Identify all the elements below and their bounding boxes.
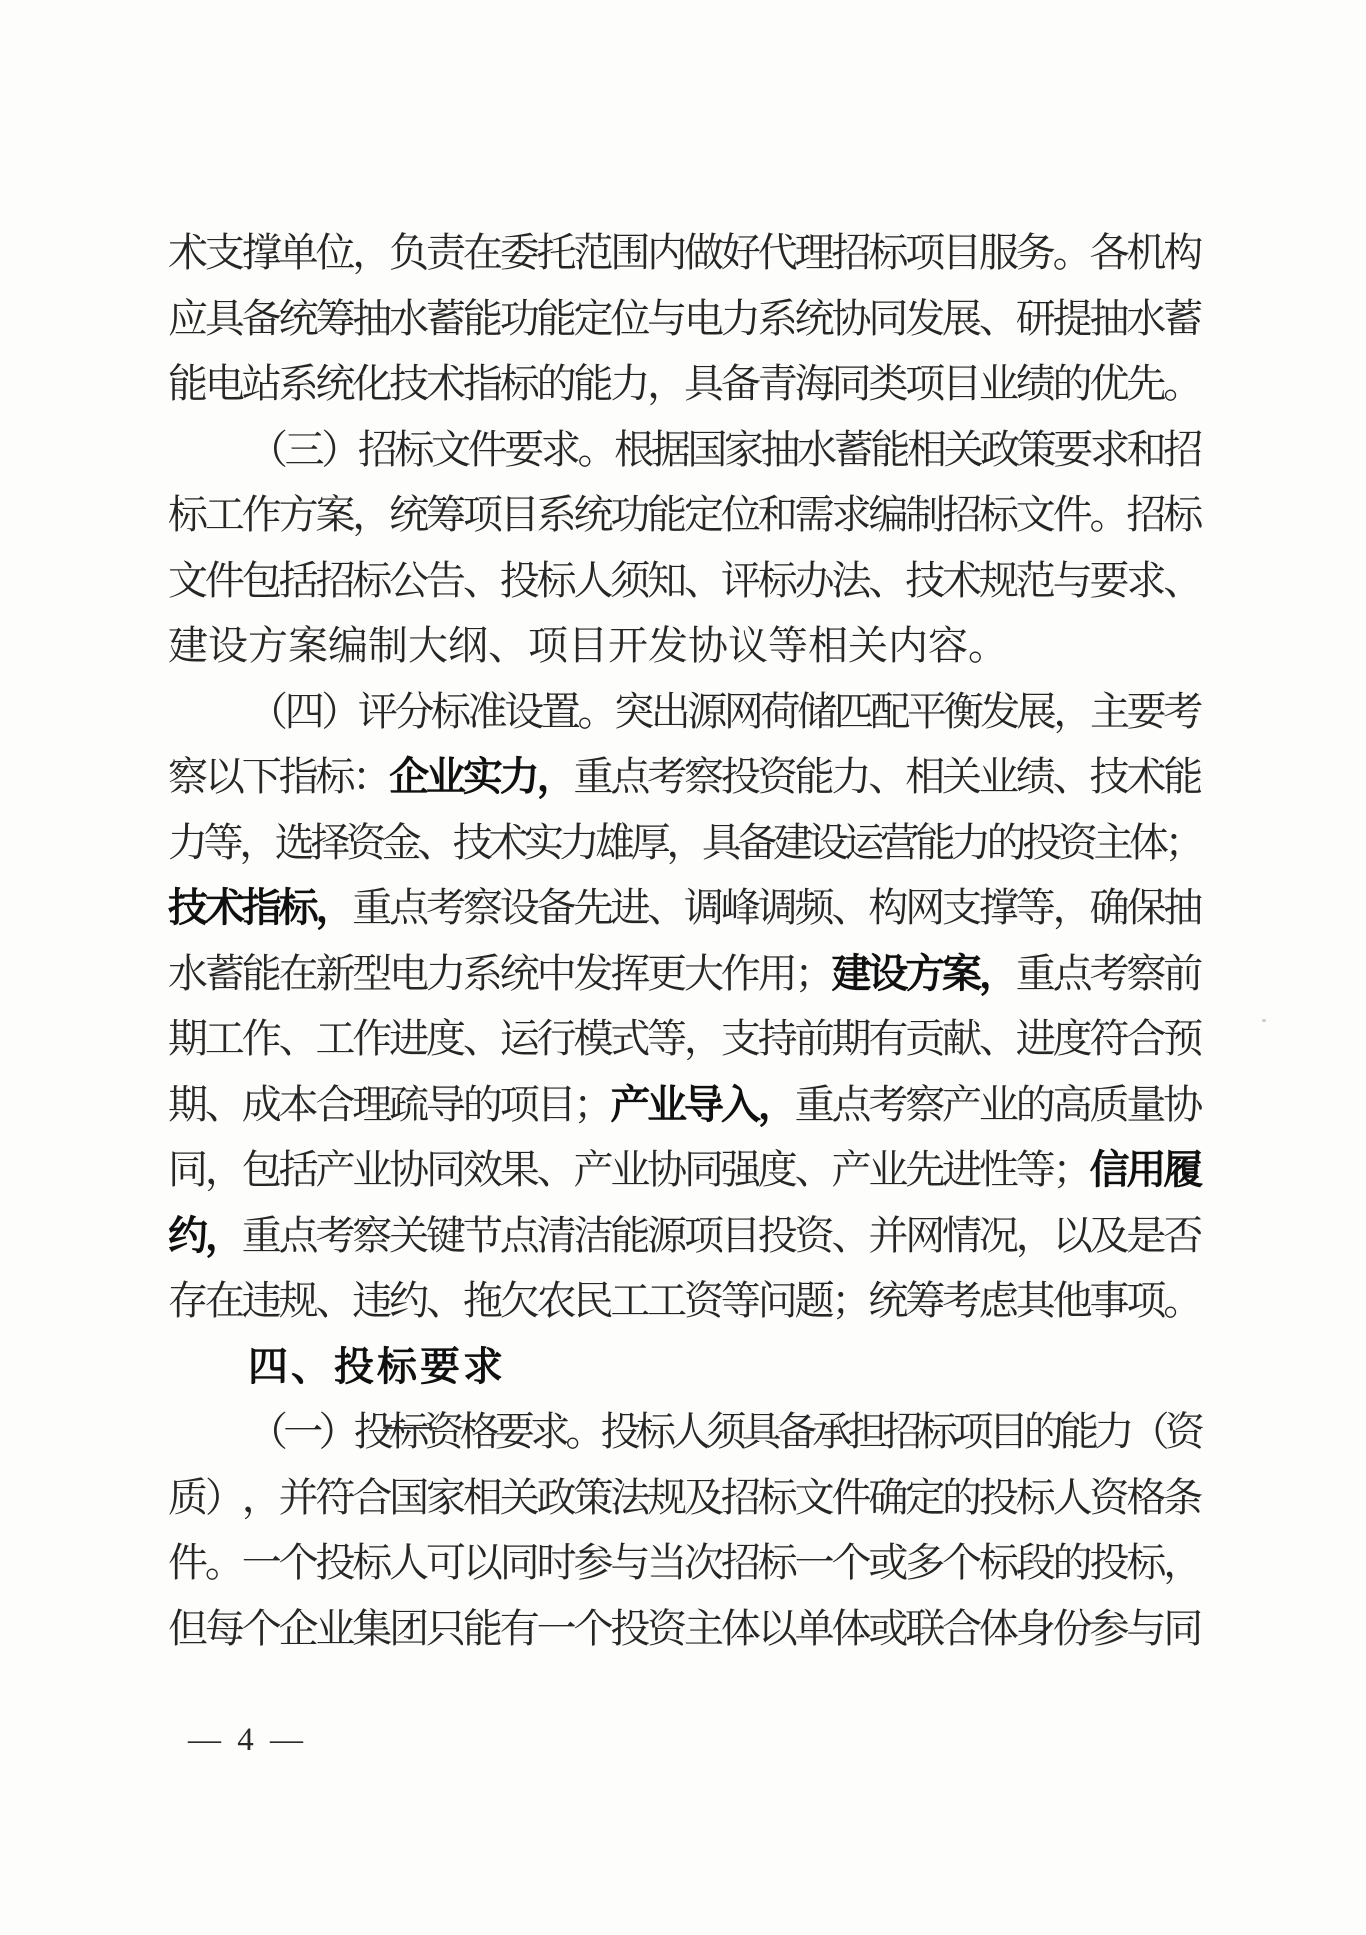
text-line: 能电站系统化技术指标的能力，具备青海同类项目业绩的优先。: [168, 348, 1200, 414]
text-line: 察以下指标：企业实力，重点考察投资能力、相关业绩、技术能: [168, 741, 1200, 807]
document-page: 术支撑单位，负责在委托范围内做好代理招标项目服务。各机构应具备统筹抽水蓄能功能定…: [0, 0, 1366, 1935]
text-line: 约，重点考察关键节点清洁能源项目投资、并网情况，以及是否: [168, 1200, 1200, 1266]
text-line: 术支撑单位，负责在委托范围内做好代理招标项目服务。各机构: [168, 217, 1200, 283]
text-line: 技术指标，重点考察设备先进、调峰调频、构网支撑等，确保抽: [168, 872, 1200, 938]
page-number: — 4 —: [188, 1722, 307, 1759]
text-line: （四）评分标准设置。突出源网荷储匹配平衡发展，主要考: [168, 676, 1200, 742]
text-line: 期工作、工作进度、运行模式等，支持前期有贡献、进度符合预: [168, 1003, 1200, 1069]
text-line: 质），并符合国家相关政策法规及招标文件确定的投标人资格条: [168, 1462, 1200, 1528]
text-line: 建设方案编制大纲、项目开发协议等相关内容。: [168, 610, 1200, 676]
scan-speck: [1262, 1019, 1266, 1022]
text-line: 同，包括产业协同效果、产业协同强度、产业先进性等；信用履: [168, 1134, 1200, 1200]
text-line: 文件包括招标公告、投标人须知、评标办法、技术规范与要求、: [168, 545, 1200, 611]
text-line: （三）招标文件要求。根据国家抽水蓄能相关政策要求和招: [168, 414, 1200, 480]
document-body: 术支撑单位，负责在委托范围内做好代理招标项目服务。各机构应具备统筹抽水蓄能功能定…: [168, 217, 1200, 1658]
text-line: （一）投标资格要求。投标人须具备承担招标项目的能力（资: [168, 1396, 1200, 1462]
text-line: 期、成本合理疏导的项目；产业导入，重点考察产业的高质量协: [168, 1069, 1200, 1135]
text-line: 但每个企业集团只能有一个投资主体以单体或联合体身份参与同: [168, 1593, 1200, 1659]
scan-artifact-line: [383, 1427, 437, 1429]
text-line: 应具备统筹抽水蓄能功能定位与电力系统协同发展、研提抽水蓄: [168, 283, 1200, 349]
text-line: 件。一个投标人可以同时参与当次招标一个或多个标段的投标，: [168, 1527, 1200, 1593]
text-line: 力等，选择资金、技术实力雄厚，具备建设运营能力的投资主体；: [168, 807, 1200, 873]
section-heading: 四、投标要求: [168, 1331, 1200, 1397]
text-line: 标工作方案，统筹项目系统功能定位和需求编制招标文件。招标: [168, 479, 1200, 545]
text-line: 水蓄能在新型电力系统中发挥更大作用；建设方案，重点考察前: [168, 938, 1200, 1004]
text-line: 存在违规、违约、拖欠农民工工资等问题；统筹考虑其他事项。: [168, 1265, 1200, 1331]
